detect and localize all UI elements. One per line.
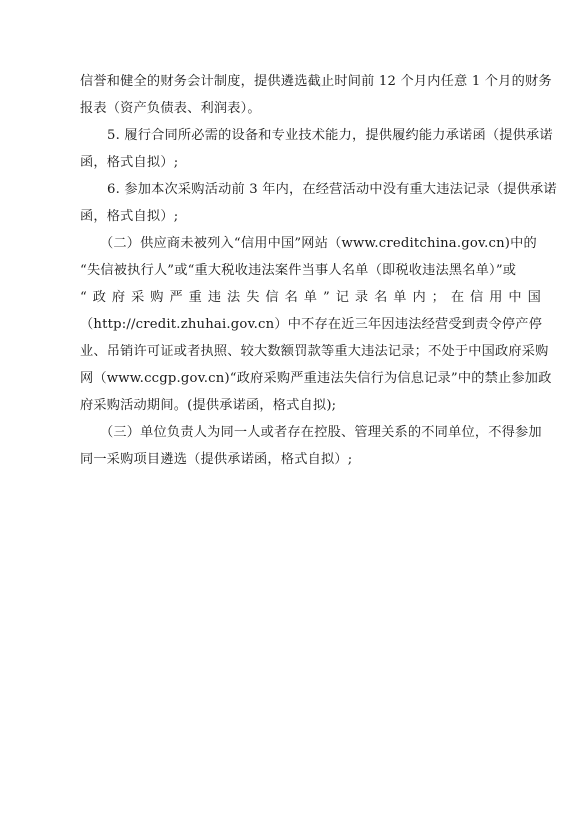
paragraph-line: 6. 参加本次采购活动前 3 年内，在经营活动中没有重大违法记录（提供承诺: [107, 181, 500, 199]
document-page: 信誉和健全的财务会计制度，提供遴选截止时间前 12 个月内任意 1 个月的财务 …: [0, 0, 579, 819]
paragraph-line: “政府采购严重违法失信名单”记录名单内；在信用中国: [80, 289, 500, 307]
paragraph-line: （二）供应商未被列入“信用中国”网站（www.creditchina.gov.c…: [100, 235, 500, 253]
paragraph-line: 同一采购项目遴选（提供承诺函，格式自拟）;: [80, 451, 500, 469]
paragraph-line: 函，格式自拟）;: [80, 208, 500, 226]
paragraph-line: “失信被执行人”或“重大税收违法案件当事人名单（即税收违法黑名单）”或: [80, 262, 500, 280]
paragraph-line: （http://credit.zhuhai.gov.cn）中不存在近三年因违法经…: [80, 316, 500, 334]
paragraph-line: 信誉和健全的财务会计制度，提供遴选截止时间前 12 个月内任意 1 个月的财务: [80, 73, 500, 91]
paragraph-line: 函，格式自拟）;: [80, 154, 500, 172]
paragraph-line: 府采购活动期间。(提供承诺函，格式自拟);: [80, 397, 500, 415]
paragraph-line: （三）单位负责人为同一人或者存在控股、管理关系的不同单位，不得参加: [100, 424, 500, 442]
paragraph-line: 业、吊销许可证或者执照、较大数额罚款等重大违法记录；不处于中国政府采购: [80, 343, 500, 361]
paragraph-line: 报表（资产负债表、利润表）。: [80, 100, 500, 118]
paragraph-line: 5. 履行合同所必需的设备和专业技术能力，提供履约能力承诺函（提供承诺: [107, 127, 500, 145]
paragraph-line: 网（www.ccgp.gov.cn)“政府采购严重违法失信行为信息记录”中的禁止…: [80, 370, 500, 388]
